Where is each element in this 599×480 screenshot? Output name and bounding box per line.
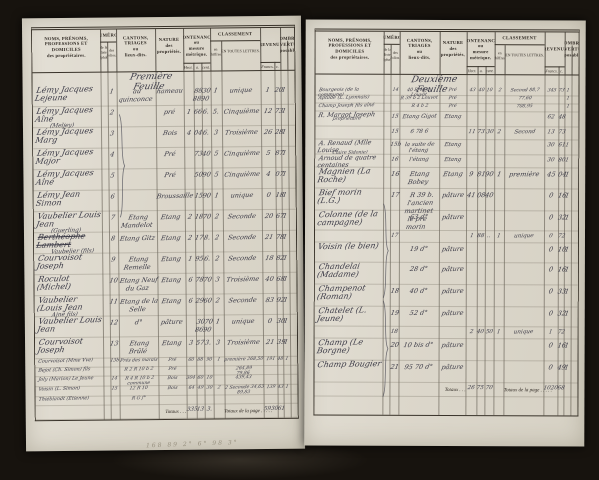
handwriting-text: 1 (496, 329, 501, 335)
handwriting-text: 6 78 6 (410, 129, 429, 135)
header-group: REVENU. (260, 28, 280, 62)
handwriting-text: 14 (111, 376, 118, 381)
cell-canton: au quinconce (116, 85, 155, 105)
cell-o1: 1 (281, 147, 288, 167)
handwriting-text: Lémy Jean Simon (35, 190, 103, 209)
handwriting-text: 0 (548, 265, 554, 273)
totals-cc: 70 (484, 383, 493, 396)
cell-cls: 1 (211, 84, 222, 104)
handwriting-text: 1 (566, 104, 570, 109)
table-row: Lémy Jacques Marg3Bois4046.3Troisième262… (33, 126, 295, 150)
handwriting-text: 1 (564, 191, 570, 199)
table-row: R. Margot Josephpropriétaire15Etang Gigo… (315, 112, 578, 128)
header-label: NUMÉROS (100, 33, 116, 39)
handwriting-text: Magnien (La Roche) (316, 167, 385, 185)
cell-nature: Bois (159, 386, 187, 395)
header-label: Francs. (545, 68, 557, 73)
cell-n2: 17 (390, 189, 399, 210)
handwriting-text: 0 (549, 233, 554, 239)
handwriting-text: .. (487, 233, 492, 239)
header-subcolumn: des folios. (391, 45, 400, 66)
cell-canton: Etang Gitz (118, 232, 157, 252)
handwriting-text: 1 (564, 287, 570, 295)
totals-row: Totaux . . .267570Totaux de la page . . … (314, 383, 577, 398)
handwriting-text: Lémy Jacques Aîné (35, 169, 103, 188)
handwriting-text: Etang Gitz (119, 234, 156, 243)
handwriting-text: 90 (484, 170, 494, 178)
table-row: Lémy Jacques Major4Pré73405Cinquième5871 (33, 147, 295, 171)
totals-lettres: Totaux de la page . . . . . (224, 404, 263, 417)
header-label: CANTONS, TRIAGES (116, 35, 155, 47)
cell-o1: 1 (563, 243, 570, 262)
handwriting-text: 1 (283, 254, 289, 262)
cell-lettres: unique (221, 84, 260, 104)
totals-rc: 68 (558, 383, 563, 396)
handwriting-text: Pré (448, 96, 457, 101)
cell-name: Courvoisot Joseph (35, 338, 103, 359)
cell-o1: 1 (280, 105, 287, 125)
handwriting-text: Chandelai (Madame) (316, 262, 385, 280)
cell-rf: 0 (544, 189, 559, 210)
handwriting-text: 20 (264, 212, 274, 220)
handwriting-text: 0 (548, 213, 554, 221)
cell-rf: 13 (544, 127, 558, 139)
handwriting-text: 70 (203, 275, 213, 283)
column-divider (571, 45, 572, 74)
table-row: Courvoisot Joseph13Etang BrûléEtang3573.… (35, 336, 297, 360)
cell-a: 40 (477, 88, 485, 95)
handwriting-text: Etang (160, 234, 181, 243)
handwriting-text: 40 (476, 329, 484, 335)
handwriting-text: 19 (389, 309, 399, 317)
cell-nature: Etang (439, 140, 467, 154)
cell-name: Vaubelier (Louis JeanAiné fils) (35, 296, 103, 317)
handwriting-text: Etang (161, 339, 182, 348)
cell-canton: Prés des marais (119, 358, 158, 366)
handwriting-text: 1 (283, 338, 289, 346)
handwriting-text: 7 (110, 213, 116, 221)
handwriting-text: 1 (283, 317, 289, 325)
cell-nature: pâture (439, 211, 467, 230)
cell-cls: 2 (494, 88, 505, 95)
cell-o1: 1 (282, 315, 289, 335)
cell-cc: 6. (203, 253, 212, 273)
cell-n2: 8 (109, 232, 118, 252)
handwriting-text: pâture (440, 287, 463, 295)
handwriting-text: 1 (265, 86, 271, 94)
totals-rc: 61 (278, 404, 283, 417)
handwriting-text: 1 (566, 96, 570, 101)
cell-name: Lémy Jacques Major (33, 149, 101, 170)
cell-canton: R 39 b. l'ancien martinet le pré morin (399, 189, 439, 210)
handwriting-text: unique (514, 233, 535, 239)
header-unit: a. (193, 63, 201, 71)
cell-rc: 72 (558, 327, 563, 338)
handwriting-text: propriétaire (318, 117, 385, 123)
handwriting-text: 4 (110, 150, 116, 158)
handwriting-text: 70 (203, 212, 213, 220)
handwriting-text: 1 (564, 341, 570, 349)
handwriting-text: Cinquième (223, 170, 260, 179)
cell-a: 49 (197, 386, 205, 395)
cell-lettres: Troisième (223, 273, 262, 293)
handwriting-text: 75 (476, 385, 484, 391)
cell-cc: .. (485, 231, 494, 242)
handwriting-text: 1 (497, 233, 502, 239)
table-row: Bief morin (L.G.)17R 39 b. l'ancien mart… (315, 189, 578, 212)
handwriting-text: 2 (498, 88, 502, 93)
cell-lettres: 264,89 79,86 (224, 366, 263, 374)
cell-canton: Etang Neuf du Gaz (118, 274, 157, 294)
ledger-table-left: NOMS, PRÉNOMS,PROFESSIONS ET DOMICILESde… (31, 25, 299, 422)
cell-canton: 28 d° (399, 263, 439, 284)
cell-rf: 1 (543, 327, 557, 338)
handwriting-text: 60 (188, 358, 195, 363)
cell-name: Lémy Jacques Aîné (33, 170, 101, 191)
handwriting-text: 68 (557, 385, 565, 391)
table-row: Lémy Jacques Aîné(Meljey)2pré1666.5.Cinq… (33, 105, 295, 129)
cell-nature: Etang (439, 168, 467, 188)
cell-lettres: 708,95 (505, 104, 544, 111)
cell-name: Joly (Marion) Le Jeune (35, 377, 103, 387)
handwriting-text: 40 (265, 275, 275, 283)
cell-name: Lémy Jacques Lejeune (33, 86, 101, 107)
handwriting-text: 1 (215, 317, 221, 325)
totals-a: 75 (476, 383, 484, 396)
handwriting-text: 1 (282, 149, 288, 157)
header-group: CANTONS, TRIAGESoulieux-dits. (400, 32, 440, 66)
handwriting-text: 49 (197, 386, 204, 391)
cell-canton: l'étang (399, 155, 438, 167)
header-label: des folios. (107, 48, 116, 58)
handwriting-text: pâture (441, 213, 464, 221)
handwriting-text: Chatelet (L. Jeune) (316, 306, 385, 324)
handwriting-text: Cinquième (223, 107, 260, 116)
cell-h: 41 (466, 189, 477, 210)
handwriting-text: unique (230, 191, 254, 200)
handwriting-text: 2 (109, 108, 115, 116)
handwriting-text: 52 d° (409, 309, 428, 317)
header-label: EN TOUTES LETTRES. (505, 53, 544, 58)
cell-o1: 1 (564, 168, 571, 188)
handwriting-text: 41 (467, 191, 477, 199)
cell-cc: 10 (204, 376, 213, 385)
cell-cls: 1 (493, 327, 504, 338)
totals-label: Totaux . . . (445, 388, 466, 393)
cell-o1: 1 (564, 189, 571, 210)
cell-o1: 1 (282, 294, 289, 314)
cell-cls: 2 (494, 127, 505, 139)
handwriting-text: 2 (469, 329, 474, 335)
handwriting-text: 2 (215, 233, 221, 241)
handwriting-text: 4 (266, 170, 272, 178)
handwriting-text: 304 (186, 376, 196, 381)
handwriting-text: Joly (Marion) Le Jeune (38, 376, 94, 383)
cell-o1: 1 (563, 285, 570, 306)
cell-nature: Etang (158, 274, 186, 294)
cell-rf: 0 (543, 339, 558, 360)
cell-nature: Etang (157, 253, 185, 273)
cell-cls: 2 (213, 294, 224, 314)
cell-o1: 1 (564, 140, 571, 154)
cell-rf: 0 (544, 243, 559, 262)
header-label: des folios. (391, 51, 400, 61)
handwriting-text: 90 (202, 170, 212, 178)
handwriting-text: unique (513, 329, 534, 335)
cell-a: 40 (476, 327, 484, 338)
cell-a: 17 (195, 232, 203, 252)
cell-name: Champ Bougier (314, 361, 382, 382)
cell-n2: 12 (110, 316, 119, 336)
handwriting-text: 40 (484, 191, 494, 199)
handwriting-text: 60 (197, 376, 204, 381)
handwriting-text: 9 (469, 170, 475, 178)
handwriting-text: 1 (564, 213, 570, 221)
handwriting-text: 11 (468, 129, 476, 135)
cell-cls: 3 (213, 336, 224, 356)
handwriting-text: Roculot (Michel) (36, 274, 104, 293)
cell-o1: 1 (563, 263, 570, 284)
handwriting-text: 18 (264, 254, 274, 262)
scanned-register-spread: { "document": { "kind": "Registre cadast… (0, 0, 599, 480)
handwriting-text: Etang (161, 276, 182, 285)
handwriting-text: 0 (548, 191, 554, 199)
table-row: Vaubelier Louis Jean12d°pâture30 8670 90… (35, 315, 297, 339)
cell-rf: 30 (544, 155, 558, 167)
cell-cls: 5. (211, 105, 222, 125)
handwriting-text: Pré (448, 88, 457, 93)
handwriting-text: 8. (204, 233, 212, 241)
handwriting-text: 0 (548, 245, 554, 253)
cell-name: Courvoisot Joseph (34, 254, 102, 275)
handwriting-text: 5 (110, 171, 116, 179)
cell-cc: 8. (203, 232, 212, 252)
handwriting-text: 62 (547, 114, 555, 120)
cell-nature: Etang (157, 232, 185, 252)
ledger-table-right: NOMS, PRÉNOMS,PROFESSIONS ET DOMICILESde… (313, 29, 579, 417)
cell-rf: 191 (263, 357, 277, 365)
header-label: REVENU. (260, 42, 280, 48)
handwriting-text: Lémy Jacques Lejeune (34, 85, 102, 104)
handwriting-text: Bois (167, 386, 178, 391)
header-group: CONTENANCEoumesure métrique. (183, 29, 211, 63)
table-row: Champ (Le Borgne)2010 bis d°pâture0161 (315, 339, 578, 362)
cell-canton: Etang Mandelot (118, 211, 157, 231)
cell-canton: R 4 R 10 b 2 commune (119, 376, 158, 385)
cell-rf: 0 (544, 211, 559, 230)
handwriting-text: 0 (267, 317, 273, 325)
handwriting-text: 0 (548, 363, 554, 371)
handwriting-text: 13 (110, 339, 120, 347)
handwriting-text: 1 (284, 357, 288, 362)
handwriting-text: Courvoisot Joseph (36, 337, 104, 356)
handwriting-text: 0 (548, 341, 554, 349)
handwriting-text: Bois (162, 129, 178, 137)
handwriting-text: 13b (110, 358, 120, 363)
table-row: Roculot (Michel)10Etang Neuf du GazEtang… (34, 273, 296, 297)
handwriting-text: Seconde (227, 233, 257, 242)
column-divider (559, 66, 560, 74)
cell-nature: pâture (438, 285, 466, 306)
cell-cls: 2 (212, 231, 223, 251)
header-label: Hect. (184, 65, 193, 70)
handwriting-text: 12 (109, 318, 119, 326)
cell-o1: 1 (282, 231, 289, 251)
cell-n2: 15 (110, 386, 119, 395)
table-row: Berthéophe LambertVaubelier (fils)8Etang… (34, 231, 296, 255)
cell-name: R. Margot Josephpropriétaire (315, 112, 383, 126)
column-divider (275, 62, 276, 70)
handwriting-text: Etang (444, 114, 462, 120)
cell-name: Lémy Jacques Marg (33, 128, 101, 149)
cell-rf: 0 (544, 285, 559, 306)
cell-cls: 2 (212, 210, 223, 230)
cell-cc: 70 (203, 274, 212, 294)
cell-name: Bief morin (L.G.) (315, 189, 383, 210)
cell-rc: 73 (559, 127, 564, 139)
handwriting-text: 6 (110, 192, 116, 200)
totals-cc: 3. (205, 405, 214, 418)
cell-lettres: Seconde (223, 252, 262, 272)
table-row: Champ Bougier2195 70 d°pâture0491 (314, 361, 577, 384)
handwriting-text: 3 (188, 339, 194, 347)
header-subcolumn: des folios. (107, 42, 116, 63)
handwriting-text: Seconde (227, 212, 257, 221)
cell-o1: 1 (280, 84, 287, 104)
cell-canton: la suite de l'étang (399, 140, 438, 154)
header-label: cent. (202, 65, 210, 70)
handwriting-text: 1 (565, 157, 570, 163)
cell-o1: 1 (564, 96, 571, 103)
handwriting-text: 5 (214, 149, 220, 157)
handwriting-text: R 2 R 10 b 2 (124, 367, 154, 373)
header-label: EN TOUTES LETTRES. (221, 49, 260, 54)
handwriting-text: Etang Bobey (398, 170, 441, 187)
header-label: CANTONS, TRIAGES (400, 37, 439, 49)
cell-cls: 3 (213, 273, 224, 293)
cell-lettres: Seconde (223, 231, 262, 251)
handwriting-text: 60 (203, 296, 213, 304)
handwriting-text: Pré (168, 358, 177, 363)
column-divider (505, 45, 506, 74)
header-group: NATUREdespropriétés. (155, 29, 183, 63)
cell-lettres: 2 Seconde 34,63 89,83 (224, 385, 263, 394)
handwriting-text: 345 (547, 88, 557, 93)
handwriting-text: 4 (186, 129, 192, 137)
handwriting-text: Troisième (224, 128, 258, 137)
handwriting-text: Pré (164, 150, 177, 158)
cell-lettres: Seconde (223, 294, 262, 314)
handwriting-text: 8 (111, 234, 117, 242)
cell-lettres: première (505, 168, 545, 188)
header-group: NUMÉROS (384, 32, 400, 45)
totals-row: Totaux . . .335133.Totaux de la page . .… (36, 404, 298, 421)
table-row: Vaubelier Louis Jean(Guerling)7Etang Man… (34, 210, 296, 234)
cell-name: Aptilde (L. Lyonnais) (315, 96, 383, 103)
handwriting-text: Champ (Le Borgne) (316, 338, 385, 356)
cell-nature: Pré (158, 358, 186, 366)
cell-a: 66 (194, 106, 202, 126)
handwriting-text: 139 (266, 385, 276, 390)
header-subcolumn: EN TOUTES LETTRES. (221, 41, 260, 62)
handwriting-text: 45 (546, 170, 556, 178)
cell-name: Colonne (de la campagne) (315, 211, 383, 230)
cell-canton: R 39 b 2 Louvot (400, 96, 439, 103)
cell-o1: 1 (283, 385, 290, 394)
cell-canton: Etang Remelle (118, 253, 157, 273)
handwriting-text: 6. (204, 254, 212, 262)
handwriting-text: 20 (389, 341, 399, 349)
column-divider (193, 63, 194, 71)
cell-n2: 20 (390, 339, 399, 360)
handwriting-text: 30 (547, 157, 555, 163)
cell-canton: 95 70 d° (399, 361, 439, 382)
header-label: a. (196, 65, 199, 70)
cell-cc: 70 90 (204, 316, 213, 336)
cell-o1: 1 (281, 189, 288, 209)
handwriting-text: 88 (476, 233, 484, 239)
handwriting-text: première 268,50 (224, 357, 264, 363)
handwriting-text: pâture (441, 245, 464, 253)
handwriting-text: Broussaille (156, 191, 194, 200)
handwriting-text: 17 (390, 191, 400, 199)
cell-o1: 1 (281, 210, 288, 230)
handwriting-text: Lémy Jacques Marg (34, 127, 102, 146)
header-group: NUMÉROS (100, 29, 116, 42)
handwriting-text: 90 (205, 357, 212, 362)
table-row: Courvoisot Joseph9Etang RemelleEtang1956… (34, 252, 296, 276)
cell-nature: Bois (158, 376, 186, 385)
cell-name: Berthéophe LambertVaubelier (fils) (34, 233, 102, 254)
handwriting-text: 50 (485, 329, 493, 335)
header-group: CLASSEMENT (494, 32, 544, 45)
handwriting-text: Etang Remelle (117, 255, 159, 272)
cell-cls: 1 (213, 315, 224, 335)
header-label: a. (480, 68, 483, 73)
handwriting-text: 2 (187, 213, 193, 221)
handwriting-text: 1 (548, 329, 553, 335)
handwriting-text: 2 (497, 129, 502, 135)
cell-rf: 0 (544, 231, 558, 242)
table-row: Voisin (le bien)19 d°pâture0101 (315, 243, 578, 264)
cell-o1: 1 (283, 336, 290, 356)
cell-n2: 13b (110, 358, 119, 366)
handwriting-text: 18 (390, 287, 400, 295)
cell-nature: Pré (158, 367, 186, 375)
handwriting-text: pâture (441, 191, 464, 199)
cell-lettres: unique (222, 189, 261, 209)
cell-h: 304 (186, 376, 197, 385)
cell-nature: Broussaille (157, 190, 185, 210)
handwriting-text: pâture (440, 309, 463, 317)
cell-name: Courvoisot (Mme Vve) (35, 359, 103, 368)
handwriting-text: 708,95 (516, 104, 533, 109)
handwriting-text: 40 d° (409, 287, 428, 295)
table-row: Lémy Jean Simon6Broussaille15901unique01… (34, 189, 296, 213)
cell-o1: 1 (564, 88, 571, 95)
header-label: PROFESSIONS ET DOMICILES (32, 41, 100, 53)
cell-lettres: 77,60 (505, 96, 544, 103)
cell-n2: 18 (390, 327, 399, 338)
handwriting-text: Prés des marais (120, 358, 158, 364)
handwriting-text: Voisin (L. Simon) (38, 386, 80, 392)
handwriting-text: 1 (281, 128, 287, 136)
handwriting-text: 30 (547, 142, 555, 148)
header-label: Hect. (468, 68, 477, 73)
handwriting-text: Champ Bougier (317, 360, 382, 369)
header-label: lieux-dits. (408, 55, 430, 61)
cell-name: Roculot (Michel) (34, 275, 102, 296)
